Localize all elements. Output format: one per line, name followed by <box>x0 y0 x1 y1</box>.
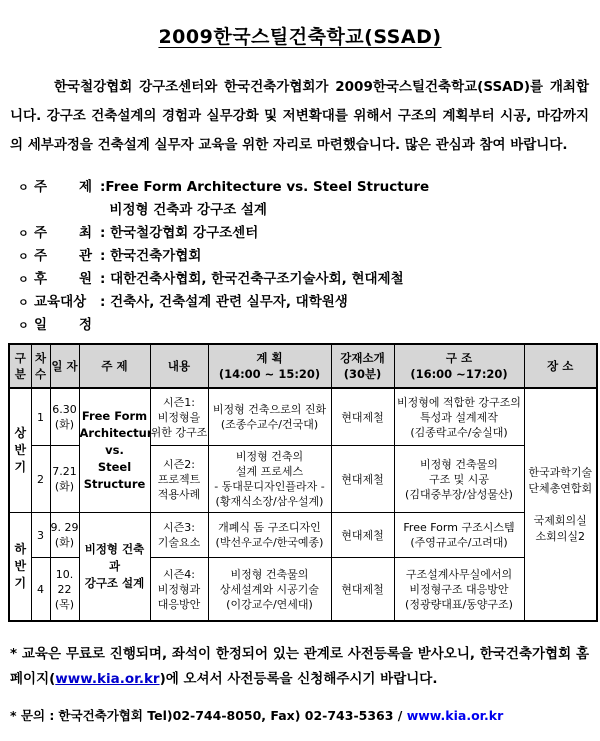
cell-structure: 비정형에 적합한 강구조의 특성과 설계제작 (김종락교수/숭실대) <box>394 388 524 446</box>
cell-steel-intro: 현대제철 <box>331 446 394 513</box>
cell-session-no: 4 <box>31 558 50 622</box>
intro-paragraph: 한국철강협회 강구조센터와 한국건축가협회가 2009한국스틸건축학교(SSAD… <box>10 73 589 160</box>
col-header-division: 구 분 <box>9 344 31 388</box>
item-label: 주 제 <box>34 176 92 199</box>
cell-content: 시즌2: 프로젝트 적용사례 <box>150 446 208 513</box>
item-value: :Free Form Architecture vs. Steel Struct… <box>100 176 429 222</box>
table-header-row: 구 분 차 수 일 자 주 제 내용 계 획 (14:00 ~ 15:20) 강… <box>9 344 597 388</box>
cell-plan: 개폐식 돔 구조디자인 (박선우교수/한국예종) <box>208 513 331 558</box>
page-title: 2009한국스틸건축학교(SSAD) <box>8 22 592 49</box>
table-row: 하 반 기 3 9. 29 (화) 비정형 건축과 강구조 설계 시즌3: 기술… <box>9 513 597 558</box>
registration-note: * 교육은 무료로 진행되며, 좌석이 한정되어 있는 관계로 사전등록을 받사… <box>10 642 589 692</box>
cell-session-no: 1 <box>31 388 50 446</box>
col-header-structure: 구 조 (16:00 ~17:20) <box>394 344 524 388</box>
item-label: 후 원 <box>34 268 92 291</box>
cell-content: 시즌1: 비정형을 위한 강구조 <box>150 388 208 446</box>
cell-session-no: 3 <box>31 513 50 558</box>
item-value: : 한국건축가협회 <box>100 245 201 268</box>
item-value: : 건축사, 건축설계 관련 실무자, 대학원생 <box>100 291 348 314</box>
bullet-circle-icon: ㅇ <box>18 176 34 199</box>
kia-website-link-footer[interactable]: www.kia.or.kr <box>407 708 504 723</box>
schedule-table: 구 분 차 수 일 자 주 제 내용 계 획 (14:00 ~ 15:20) 강… <box>8 343 598 622</box>
cell-theme-atypical: 비정형 건축과 강구조 설계 <box>79 513 150 622</box>
contact-line: * 문의 :한국건축가협회 Tel)02-744-8050, Fax) 02-7… <box>10 706 590 724</box>
cell-date: 7.21 (화) <box>50 446 79 513</box>
contact-label: 문의 : <box>21 708 55 723</box>
col-header-plan: 계 획 (14:00 ~ 15:20) <box>208 344 331 388</box>
bullet-circle-icon: ㅇ <box>18 314 34 337</box>
list-item-sponsor: ㅇ 후 원 : 대한건축사협회, 한국건축구조기술사회, 현대제철 <box>8 268 592 291</box>
cell-date: 6.30 (화) <box>50 388 79 446</box>
bullet-circle-icon: ㅇ <box>18 291 34 314</box>
list-item-audience: ㅇ 교육대상 : 건축사, 건축설계 관련 실무자, 대학원생 <box>8 291 592 314</box>
col-header-content: 내용 <box>150 344 208 388</box>
kia-website-link[interactable]: www.kia.or.kr <box>55 671 159 687</box>
cell-date: 10. 22 (목) <box>50 558 79 622</box>
item-value: : 한국철강협회 강구조센터 <box>100 222 258 245</box>
info-list: ㅇ 주 제 :Free Form Architecture vs. Steel … <box>8 176 592 337</box>
list-item-subject: ㅇ 주 제 :Free Form Architecture vs. Steel … <box>8 176 592 222</box>
cell-structure: 비정형 건축물의 구조 및 시공 (김대중부장/삼성물산) <box>394 446 524 513</box>
col-header-date: 일 자 <box>50 344 79 388</box>
col-header-session-no: 차 수 <box>31 344 50 388</box>
cell-division-second-half: 하 반 기 <box>9 513 31 622</box>
contact-text: 한국건축가협회 Tel)02-744-8050, Fax) 02-743-536… <box>58 708 402 723</box>
cell-division-first-half: 상 반 기 <box>9 388 31 513</box>
cell-plan: 비정형 건축으로의 진화 (조종수교수/건국대) <box>208 388 331 446</box>
cell-steel-intro: 현대제철 <box>331 558 394 622</box>
bullet-circle-icon: ㅇ <box>18 268 34 291</box>
document-page: 2009한국스틸건축학교(SSAD) 한국철강협회 강구조센터와 한국건축가협회… <box>0 0 600 724</box>
bullet-circle-icon: ㅇ <box>18 222 34 245</box>
cell-content: 시즌4: 비정형과 대응방안 <box>150 558 208 622</box>
asterisk-marker: * <box>10 646 17 662</box>
cell-session-no: 2 <box>31 446 50 513</box>
note-text-after-link: )에 오셔서 사전등록을 신청해주시기 바랍니다. <box>160 671 438 687</box>
cell-venue: 한국과학기술 단체총연합회 국제회의실 소회의실2 <box>524 388 597 621</box>
cell-steel-intro: 현대제철 <box>331 513 394 558</box>
cell-plan: 비정형 건축의 설계 프로세스 - 동대문디자인플라자 - (황재식소장/삼우설… <box>208 446 331 513</box>
cell-structure: Free Form 구조시스템 (주영규교수/고려대) <box>394 513 524 558</box>
cell-content: 시즌3: 기술요소 <box>150 513 208 558</box>
cell-plan: 비정형 건축물의 상세설계와 시공기술 (이강교수/연세대) <box>208 558 331 622</box>
list-item-organizer: ㅇ 주 관 : 한국건축가협회 <box>8 245 592 268</box>
bullet-circle-icon: ㅇ <box>18 245 34 268</box>
col-header-theme: 주 제 <box>79 344 150 388</box>
cell-date: 9. 29 (화) <box>50 513 79 558</box>
cell-structure: 구조설계사무실에서의 비정형구조 대응방안 (정광량대표/동양구조) <box>394 558 524 622</box>
item-label: 주 최 <box>34 222 92 245</box>
cell-theme-freeform: Free Form Architecture vs. Steel Structu… <box>79 388 150 513</box>
list-item-host: ㅇ 주 최 : 한국철강협회 강구조센터 <box>8 222 592 245</box>
col-header-venue: 장 소 <box>524 344 597 388</box>
item-label: 교육대상 <box>34 291 92 314</box>
item-value: : 대한건축사협회, 한국건축구조기술사회, 현대제철 <box>100 268 404 291</box>
cell-steel-intro: 현대제철 <box>331 388 394 446</box>
asterisk-marker: * <box>10 708 17 723</box>
table-row: 상 반 기 1 6.30 (화) Free Form Architecture … <box>9 388 597 446</box>
col-header-steel-intro: 강재소개 (30분) <box>331 344 394 388</box>
item-label: 주 관 <box>34 245 92 268</box>
item-label: 일 정 <box>34 314 92 337</box>
list-item-schedule: ㅇ 일 정 <box>8 314 592 337</box>
